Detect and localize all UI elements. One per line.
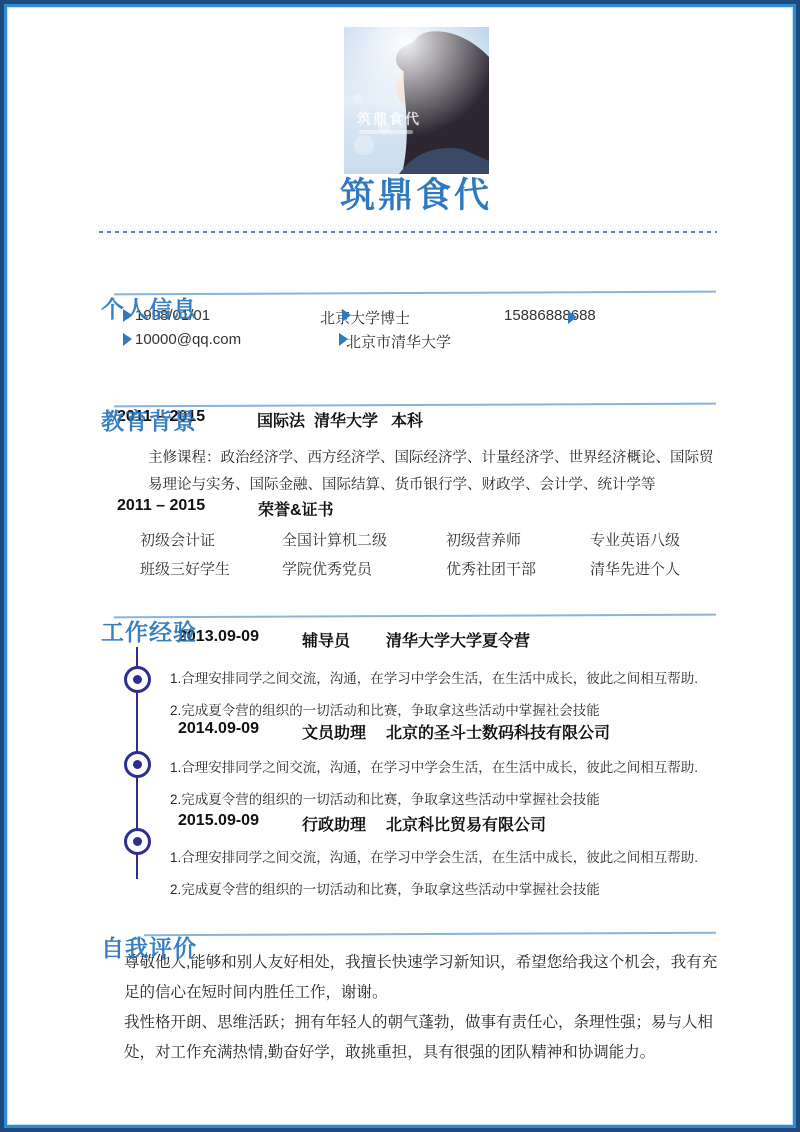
job-company: 清华大学大学夏令营 [386, 628, 530, 651]
resume-page: 筑鼎食代 筑鼎食代 个人信息 1998/01/01 北京大学博士 1588688… [0, 0, 800, 1132]
timeline-dot-icon [133, 837, 142, 846]
section-title-personal: 个人信息 [101, 291, 197, 324]
section-divider-line [114, 291, 716, 296]
education-level: 本科 [391, 408, 423, 431]
job-company: 北京科比贸易有限公司 [386, 812, 546, 835]
education-major: 国际法 [257, 408, 305, 431]
honor-item: 班级三好学生 [140, 558, 230, 579]
honor-item: 学院优秀党员 [282, 558, 372, 579]
timeline-node-icon [124, 751, 151, 778]
self-evaluation-paragraph: 我性格开朗、思维活跃；拥有年轻人的朝气蓬勃，做事有责任心，条理性强；易与人相处，… [124, 1008, 720, 1068]
honors-label: 荣誉&证书 [258, 497, 334, 520]
photo-signature-mark [359, 130, 413, 134]
bullet-triangle-icon [342, 309, 351, 322]
candidate-name: 筑鼎食代 [4, 168, 796, 218]
education-courses: 主修课程：政治经济学、西方经济学、国际经济学、计量经济学、世界经济概论、国际贸易… [148, 445, 726, 499]
section-divider-line [114, 614, 716, 619]
job-role: 文员助理 [302, 720, 366, 743]
job-bullet: 1.合理安排同学之间交流，沟通，在学习中学会生活，在生活中成长，彼此之间相互帮助… [170, 760, 698, 776]
self-evaluation-text: 尊敬他人,能够和别人友好相处，我擅长快速学习新知识，希望您给我这个机会，我有充足… [124, 948, 720, 1068]
timeline-node-icon [124, 828, 151, 855]
job-bullet: 2.完成夏令营的组织的一切活动和比赛，争取拿这些活动中掌握社会技能 [170, 882, 600, 898]
header-divider [99, 231, 717, 233]
job-period: 2015.09-09 [178, 812, 259, 830]
portrait-illustration [344, 27, 489, 174]
self-evaluation-paragraph: 尊敬他人,能够和别人友好相处，我擅长快速学习新知识，希望您给我这个机会，我有充足… [124, 948, 720, 1008]
section-title-self-eval: 自我评价 [101, 930, 197, 963]
city-text: 北京市清华大学 [346, 331, 451, 352]
section-divider-line [144, 932, 716, 936]
honor-item: 初级会计证 [140, 529, 215, 550]
email-text: 10000@qq.com [135, 331, 241, 348]
section-divider-line [114, 403, 716, 408]
bullet-triangle-icon [339, 333, 348, 346]
degree-text: 北京大学博士 [320, 307, 410, 328]
honor-item: 初级营养师 [446, 529, 521, 550]
job-role: 辅导员 [302, 628, 350, 651]
phone-number: 15886888688 [504, 307, 596, 324]
timeline-dot-icon [133, 760, 142, 769]
honor-item: 优秀社团干部 [446, 558, 536, 579]
job-role: 行政助理 [302, 812, 366, 835]
timeline-node-icon [124, 666, 151, 693]
job-company: 北京的圣斗士数码科技有限公司 [386, 720, 610, 743]
honor-item: 清华先进个人 [590, 558, 680, 579]
job-bullet: 1.合理安排同学之间交流，沟通，在学习中学会生活，在生活中成长，彼此之间相互帮助… [170, 671, 698, 687]
honors-period: 2011 – 2015 [117, 497, 205, 515]
section-title-education: 教育背景 [101, 403, 197, 436]
honor-item: 专业英语八级 [590, 529, 680, 550]
bullet-triangle-icon [123, 309, 132, 322]
profile-photo: 筑鼎食代 [344, 27, 489, 174]
job-bullet: 2.完成夏令营的组织的一切活动和比赛，争取拿这些活动中掌握社会技能 [170, 703, 600, 719]
job-bullet: 2.完成夏令营的组织的一切活动和比赛，争取拿这些活动中掌握社会技能 [170, 792, 600, 808]
timeline-dot-icon [133, 675, 142, 684]
section-title-work: 工作经验 [101, 614, 197, 647]
education-school: 清华大学 [314, 408, 378, 431]
bullet-triangle-icon [123, 333, 132, 346]
job-period: 2014.09-09 [178, 720, 259, 738]
job-bullet: 1.合理安排同学之间交流，沟通，在学习中学会生活，在生活中成长，彼此之间相互帮助… [170, 850, 698, 866]
bullet-triangle-icon [568, 311, 577, 324]
photo-watermark: 筑鼎食代 [357, 109, 421, 129]
honor-item: 全国计算机二级 [282, 529, 387, 550]
